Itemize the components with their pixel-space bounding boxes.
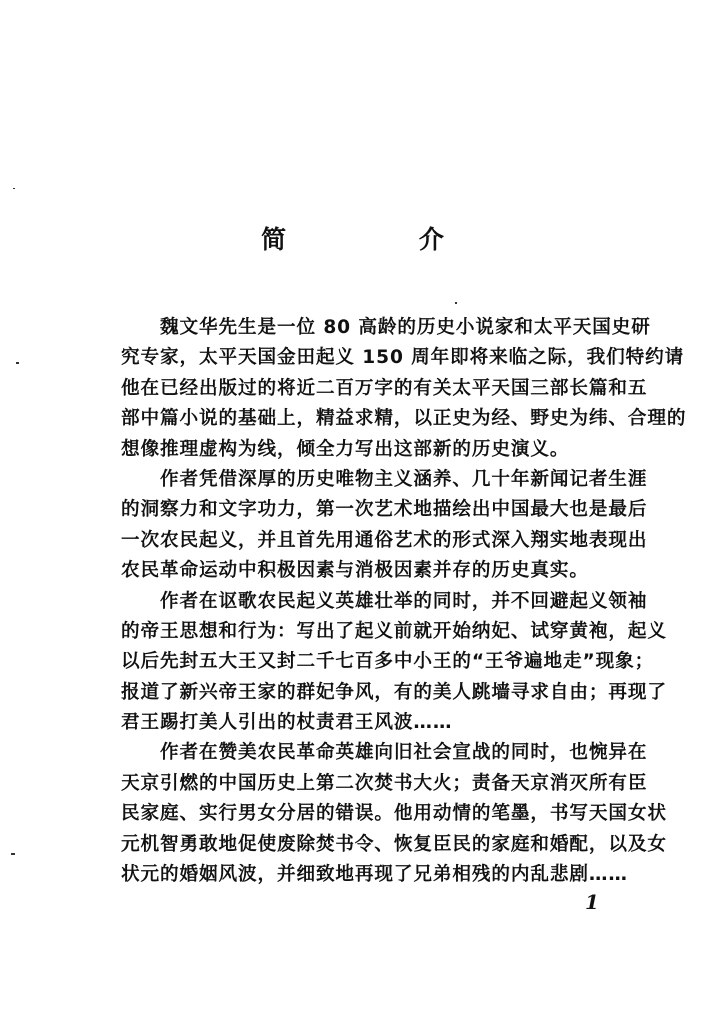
scan-speck (455, 302, 457, 304)
page-title: 简 介 (0, 222, 705, 258)
text-line: 想像推理虚构为线，倾全力写出这部新的历史演义。 (121, 435, 621, 465)
text-line: 的帝王思想和行为：写出了起义前就开始纳妃、试穿黄袍，起义 (121, 617, 621, 647)
text-line: 一次农民起义，并且首先用通俗艺术的形式深入翔实地表现出 (121, 526, 621, 556)
paragraph: 作者在讴歌农民起义英雄壮举的同时，并不回避起义领袖 的帝王思想和行为：写出了起义… (121, 587, 621, 739)
scan-speck (11, 853, 15, 855)
paragraph: 魏文华先生是一位 80 高龄的历史小说家和太平天国史研 究专家，太平天国金田起义… (121, 313, 621, 465)
text-line: 以后先封五大王又封二千七百多中小王的“王爷遍地走”现象； (121, 647, 621, 677)
text-line: 状元的婚姻风波，并细致地再现了兄弟相残的内乱悲剧…… (121, 860, 621, 890)
text-line: 报道了新兴帝王家的群妃争风，有的美人跳墙寻求自由；再现了 (121, 678, 621, 708)
text-line: 天京引燃的中国历史上第二次焚书大火；责备天京消灭所有臣 (121, 769, 621, 799)
text-line: 君王踢打美人引出的杖责君王风波…… (121, 708, 621, 738)
text-line: 究专家，太平天国金田起义 150 周年即将来临之际，我们特约请 (121, 343, 621, 373)
text-line: 作者在讴歌农民起义英雄壮举的同时，并不回避起义领袖 (121, 587, 621, 617)
text-line: 他在已经出版过的将近二百万字的有关太平天国三部长篇和五 (121, 374, 621, 404)
scan-speck (13, 188, 15, 189)
scan-speck (16, 362, 19, 364)
page-number: 1 (585, 890, 599, 914)
text-line: 作者凭借深厚的历史唯物主义涵养、几十年新闻记者生涯 (121, 465, 621, 495)
introduction-body: 魏文华先生是一位 80 高龄的历史小说家和太平天国史研 究专家，太平天国金田起义… (121, 313, 621, 890)
text-line: 魏文华先生是一位 80 高龄的历史小说家和太平天国史研 (121, 313, 621, 343)
text-line: 作者在赞美农民革命英雄向旧社会宣战的同时，也惋异在 (121, 738, 621, 768)
paragraph: 作者凭借深厚的历史唯物主义涵养、几十年新闻记者生涯 的洞察力和文字功力，第一次艺… (121, 465, 621, 587)
paragraph: 作者在赞美农民革命英雄向旧社会宣战的同时，也惋异在 天京引燃的中国历史上第二次焚… (121, 738, 621, 890)
text-line: 民家庭、实行男女分居的错误。他用动情的笔墨，书写天国女状 (121, 799, 621, 829)
text-line: 农民革命运动中积极因素与消极因素并存的历史真实。 (121, 556, 621, 586)
text-line: 部中篇小说的基础上，精益求精，以正史为经、野史为纬、合理的 (121, 404, 621, 434)
book-page: 简 介 魏文华先生是一位 80 高龄的历史小说家和太平天国史研 究专家，太平天国… (0, 0, 705, 1024)
text-line: 的洞察力和文字功力，第一次艺术地描绘出中国最大也是最后 (121, 495, 621, 525)
text-line: 元机智勇敢地促使废除焚书令、恢复臣民的家庭和婚配，以及女 (121, 830, 621, 860)
